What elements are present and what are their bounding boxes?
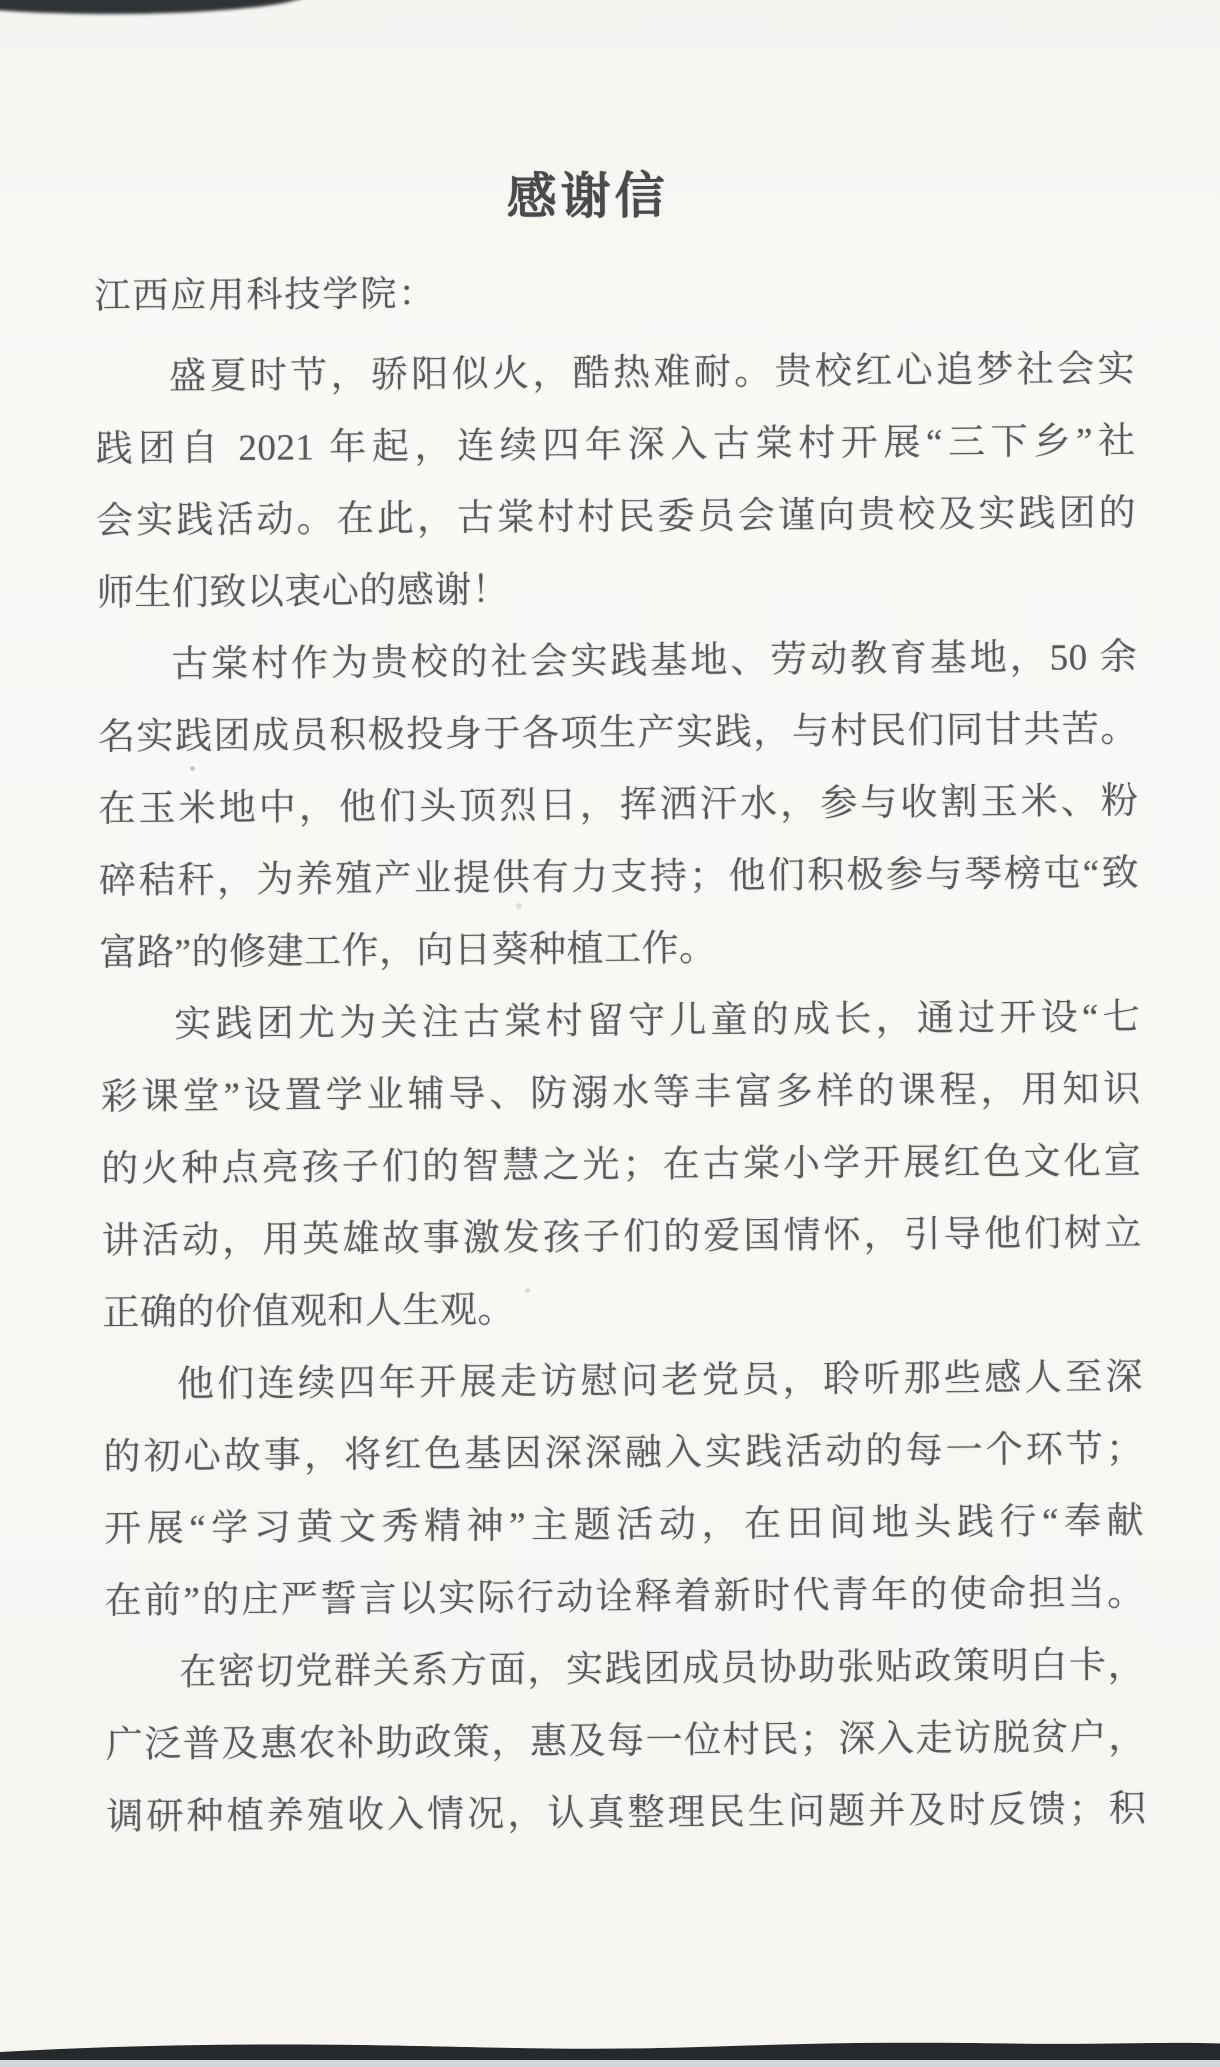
text-line: 在玉米地中，他们头顶烈日，挥洒汗水，参与收割玉米、粉 [98, 766, 1139, 846]
text-line: 在密切党群关系方面，实践团成员协助张贴政策明白卡， [105, 1630, 1146, 1710]
text-line: 实践团尤为关注古棠村留守儿童的成长，通过开设“七 [100, 982, 1141, 1062]
scan-speck [516, 903, 522, 909]
text-line: 广泛普及惠农补助政策，惠及每一位村民；深入走访脱贫户， [106, 1702, 1147, 1782]
text-line: 盛夏时节，骄阳似火，酷热难耐。贵校红心追梦社会实 [95, 334, 1136, 414]
scanned-letter-page: 感谢信 江西应用科技学院： 盛夏时节，骄阳似火，酷热难耐。贵校红心追梦社会实 践… [0, 0, 1220, 2067]
scan-speck [190, 766, 195, 771]
text-line: 在前”的庄严誓言以实际行动诠释着新时代青年的使命担当。 [104, 1558, 1145, 1638]
photo-top-edge-shadow [0, 0, 310, 14]
text-line: 古棠村作为贵校的社会实践基地、劳动教育基地，50 余 [97, 622, 1138, 702]
letter-body: 盛夏时节，骄阳似火，酷热难耐。贵校红心追梦社会实 践团自 2021 年起，连续四… [95, 334, 1147, 1854]
photo-bottom-edge-shadow [0, 2037, 1220, 2067]
letter-salutation: 江西应用科技学院： [94, 252, 1135, 332]
letter-title: 感谢信 [67, 156, 1108, 236]
text-line: 的初心故事，将红色基因深深融入实践活动的每一个环节； [103, 1414, 1144, 1494]
text-line: 会实践活动。在此，古棠村村民委员会谨向贵校及实践团的 [96, 478, 1137, 558]
text-line: 践团自 2021 年起，连续四年深入古棠村开展“三下乡”社 [95, 406, 1136, 486]
text-line: 碎秸秆，为养殖产业提供有力支持；他们积极参与琴榜屯“致 [99, 838, 1140, 918]
text-line: 调研种植养殖收入情况，认真整理民生问题并及时反馈；积 [106, 1774, 1147, 1854]
text-line: 名实践团成员积极投身于各项生产实践，与村民们同甘共苦。 [98, 694, 1139, 774]
text-line: 他们连续四年开展走访慰问老党员，聆听那些感人至深 [103, 1342, 1144, 1422]
text-line: 师生们致以衷心的感谢！ [96, 550, 1137, 630]
text-line: 的火种点亮孩子们的智慧之光；在古棠小学开展红色文化宣 [101, 1126, 1142, 1206]
scan-speck [525, 1288, 530, 1293]
text-line: 富路”的修建工作，向日葵种植工作。 [99, 910, 1140, 990]
text-line: 彩课堂”设置学业辅导、防溺水等丰富多样的课程，用知识 [100, 1054, 1141, 1134]
text-line: 正确的价值观和人生观。 [102, 1270, 1143, 1350]
letter-content: 感谢信 江西应用科技学院： 盛夏时节，骄阳似火，酷热难耐。贵校红心追梦社会实 践… [93, 156, 1146, 1854]
text-line: 开展“学习黄文秀精神”主题活动，在田间地头践行“奉献 [104, 1486, 1145, 1566]
text-line: 讲活动，用英雄故事激发孩子们的爱国情怀，引导他们树立 [102, 1198, 1143, 1278]
